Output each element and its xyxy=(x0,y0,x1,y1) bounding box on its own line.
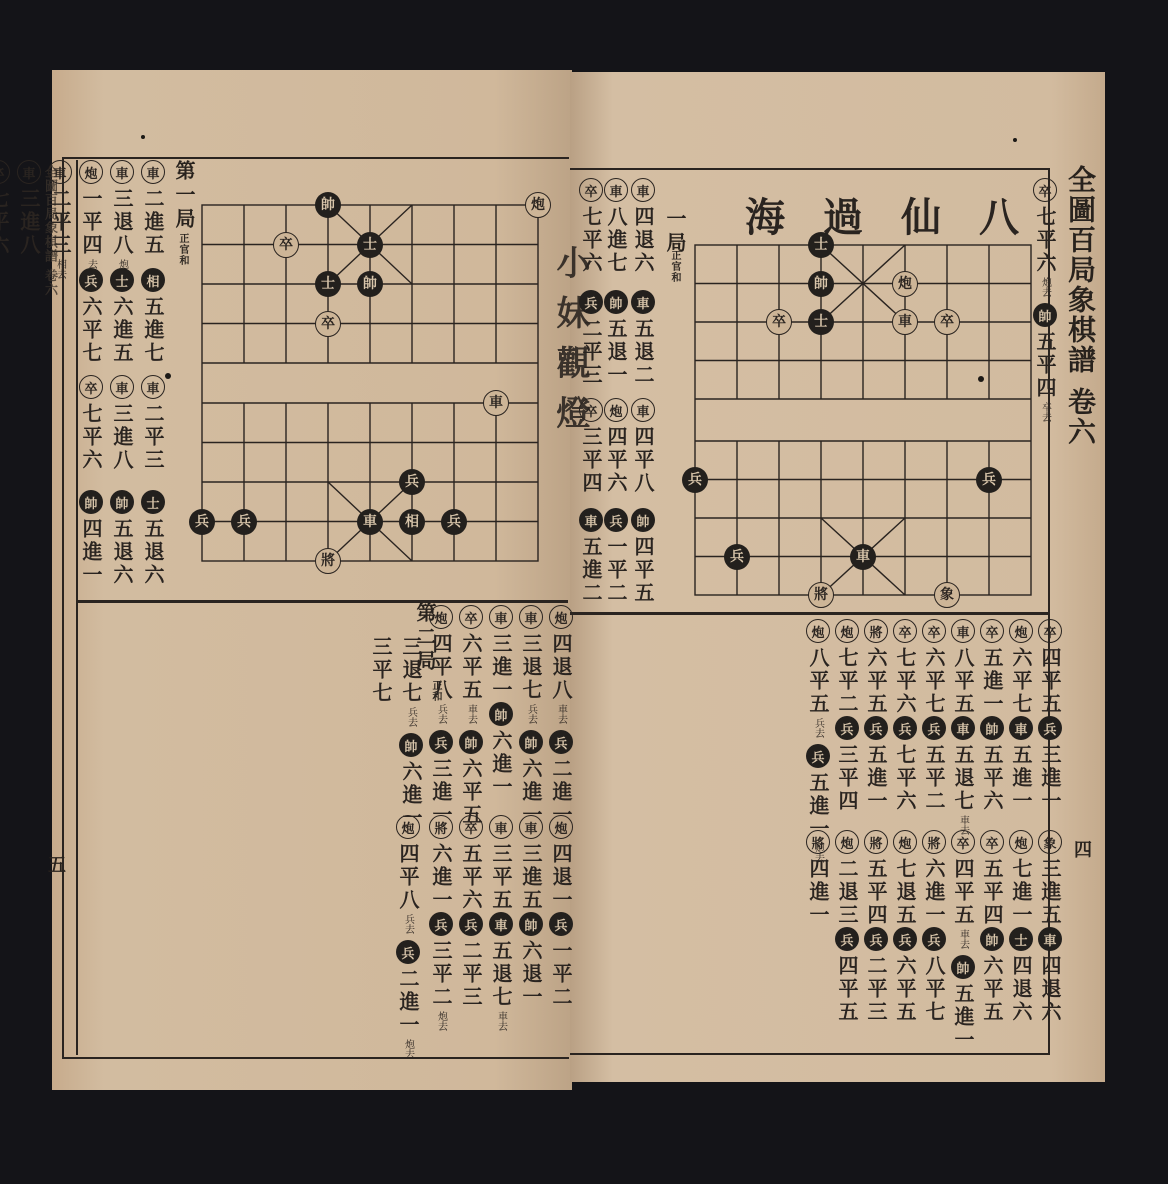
ink-dot xyxy=(1013,138,1017,142)
move-column: 車三進五帥六退一 xyxy=(518,815,544,1009)
move-text: 一平四 xyxy=(81,188,101,257)
move-column: 車三退八炮去 xyxy=(109,160,135,285)
move-text: 五進一 xyxy=(866,744,886,813)
move-note: 相去 xyxy=(53,259,68,283)
move-piece-icon: 帥 xyxy=(604,290,628,314)
move-column: 炮四平八兵去兵二進一炮去 xyxy=(395,815,421,1065)
move-piece-icon: 炮 xyxy=(549,815,573,839)
move-column: 將六進一兵三平二炮去 xyxy=(428,815,454,1037)
move-piece-icon: 兵 xyxy=(429,912,453,936)
move-piece-icon: 帥 xyxy=(980,716,1004,740)
move-text: 二進一 xyxy=(398,968,418,1037)
move-text: 六平五 xyxy=(461,633,481,702)
left-page-divider xyxy=(76,600,568,603)
move-piece-icon: 兵 xyxy=(864,927,888,951)
move-column: 炮四退一兵一平二 xyxy=(548,815,574,1009)
move-text: 三退七 xyxy=(521,633,541,702)
move-piece-icon: 炮 xyxy=(893,830,917,854)
move-column: 炮七退五兵六平五 xyxy=(892,830,918,1024)
chess-piece: 車 xyxy=(892,309,918,335)
xiangqi-board-right: 士帥炮卒士車卒兵兵兵車將象 xyxy=(695,245,1031,595)
move-note: 兵去 xyxy=(811,718,826,742)
move-piece-icon: 兵 xyxy=(79,268,103,292)
move-piece-icon: 兵 xyxy=(922,716,946,740)
move-piece-icon: 車 xyxy=(110,160,134,184)
chess-piece: 帥 xyxy=(808,271,834,297)
move-text: 四平八 xyxy=(398,843,418,912)
move-column: 卒四平五車去帥五進一 xyxy=(950,830,976,1052)
move-piece-icon: 炮 xyxy=(1009,619,1033,643)
move-column: 炮四平六 xyxy=(603,398,629,495)
move-piece-icon: 帥 xyxy=(79,490,103,514)
move-text: 七平六 xyxy=(895,647,915,716)
move-piece-icon: 卒 xyxy=(459,605,483,629)
move-piece-icon: 士 xyxy=(110,268,134,292)
chess-piece: 炮 xyxy=(525,192,551,218)
move-text: 五進七 xyxy=(143,296,163,365)
move-column: 三平七 xyxy=(368,632,394,705)
move-piece-icon: 兵 xyxy=(604,508,628,532)
move-column: 卒七平六 xyxy=(578,178,604,275)
move-text: 五平四 xyxy=(982,858,1002,927)
move-note: 兵去 xyxy=(524,704,539,728)
move-piece-icon: 將 xyxy=(864,619,888,643)
move-column: 炮一平四去 xyxy=(78,160,104,285)
chess-piece: 帥 xyxy=(357,271,383,297)
move-text: 三平四 xyxy=(837,744,857,813)
move-piece-icon: 兵 xyxy=(864,716,888,740)
right-page-divider xyxy=(570,612,1048,615)
move-piece-icon: 將 xyxy=(922,830,946,854)
move-column: 卒三平四 xyxy=(578,398,604,495)
move-text: 六平五 xyxy=(866,647,886,716)
move-piece-icon: 車 xyxy=(631,178,655,202)
move-column: 卒五進一帥五平六 xyxy=(979,619,1005,813)
move-piece-icon: 車 xyxy=(48,160,72,184)
move-column: 炮四平八兵去兵三進一 xyxy=(428,605,454,827)
move-column: 車二進五 xyxy=(140,160,166,257)
move-column: 帥四平五 xyxy=(630,508,656,605)
move-column: 卒四平五兵三進一 xyxy=(1037,619,1063,813)
move-column: 車四平八 xyxy=(630,398,656,495)
move-piece-icon: 車 xyxy=(519,815,543,839)
move-column: 卒五平六兵二平三 xyxy=(458,815,484,1009)
move-text: 四退六 xyxy=(1040,955,1060,1024)
move-text: 二平三 xyxy=(50,188,70,257)
move-text: 五平六 xyxy=(461,843,481,912)
chess-piece: 卒 xyxy=(315,311,341,337)
move-piece-icon: 兵 xyxy=(922,927,946,951)
move-column: 炮四退八車去兵二進一 xyxy=(548,605,574,827)
move-text: 五退六 xyxy=(112,518,132,587)
move-piece-icon: 車 xyxy=(631,290,655,314)
move-column: 車八進七 xyxy=(603,178,629,275)
chess-piece: 兵 xyxy=(189,509,215,535)
move-text: 四平八 xyxy=(633,426,653,495)
move-text: 七退五 xyxy=(895,858,915,927)
move-text: 六進一 xyxy=(491,730,511,799)
move-text: 五平四 xyxy=(866,858,886,927)
move-column: 車三進一帥六進一 xyxy=(488,605,514,799)
move-text: 六平七 xyxy=(924,647,944,716)
move-piece-icon: 卒 xyxy=(893,619,917,643)
move-note: 兵去 xyxy=(404,707,419,731)
move-column: 炮七平二兵三平四 xyxy=(834,619,860,813)
chess-piece: 兵 xyxy=(976,467,1002,493)
move-piece-icon: 炮 xyxy=(835,830,859,854)
move-column: 卒五平四帥六平五 xyxy=(979,830,1005,1024)
move-text: 二平三 xyxy=(461,940,481,1009)
move-piece-icon: 車 xyxy=(489,912,513,936)
move-text: 三退七 xyxy=(401,636,421,705)
board-grid-lines xyxy=(695,245,1031,595)
move-text: 三進五 xyxy=(521,843,541,912)
move-text: 四平五 xyxy=(837,955,857,1024)
move-column: 三退七兵去帥六進一 xyxy=(398,632,424,830)
move-text: 四退六 xyxy=(1011,955,1031,1024)
move-piece-icon: 兵 xyxy=(549,912,573,936)
move-column: 將六進一兵八平七 xyxy=(921,830,947,1024)
move-piece-icon: 車 xyxy=(489,815,513,839)
move-note: 車去 xyxy=(494,1011,509,1035)
move-text: 二進五 xyxy=(143,188,163,257)
left-page-number: 五 xyxy=(42,855,68,874)
move-piece-icon: 兵 xyxy=(893,716,917,740)
move-piece-icon: 炮 xyxy=(396,815,420,839)
move-piece-icon: 炮 xyxy=(79,160,103,184)
move-piece-icon: 兵 xyxy=(429,730,453,754)
chess-piece: 兵 xyxy=(682,467,708,493)
move-column: 帥四進一 xyxy=(78,490,104,587)
move-column: 帥五退一 xyxy=(603,290,629,387)
move-text: 六退一 xyxy=(521,940,541,1009)
move-piece-icon: 相 xyxy=(141,268,165,292)
move-text: 六平五 xyxy=(982,955,1002,1024)
move-text: 四平五 xyxy=(633,536,653,605)
move-text: 八平七 xyxy=(924,955,944,1024)
move-text: 五退七 xyxy=(953,744,973,813)
move-piece-icon: 車 xyxy=(1038,927,1062,951)
move-piece-icon: 炮 xyxy=(549,605,573,629)
move-text: 三進一 xyxy=(1040,744,1060,813)
move-piece-icon: 兵 xyxy=(579,290,603,314)
move-column: 車四退六 xyxy=(630,178,656,275)
move-text: 三平四 xyxy=(581,426,601,495)
chess-piece: 炮 xyxy=(892,271,918,297)
move-text: 三平五 xyxy=(491,843,511,912)
move-piece-icon: 帥 xyxy=(519,730,543,754)
move-column: 車三進八 xyxy=(16,160,42,257)
move-text: 六平七 xyxy=(1011,647,1031,716)
left-game1-result: 正官和 xyxy=(175,233,190,266)
move-note: 兵去 xyxy=(434,704,449,728)
move-piece-icon: 將 xyxy=(429,815,453,839)
move-column: 炮二退三兵四平五 xyxy=(834,830,860,1024)
move-note: 兵去 xyxy=(401,914,416,938)
chess-piece: 兵 xyxy=(441,509,467,535)
move-text: 七平六 xyxy=(81,403,101,472)
chess-piece: 卒 xyxy=(934,309,960,335)
move-text: 六平五 xyxy=(895,955,915,1024)
move-piece-icon: 兵 xyxy=(806,744,830,768)
move-text: 三進五 xyxy=(1040,858,1060,927)
chess-piece: 車 xyxy=(357,509,383,535)
move-piece-icon: 車 xyxy=(17,160,41,184)
move-piece-icon: 卒 xyxy=(951,830,975,854)
move-text: 五退七 xyxy=(491,940,511,1009)
chess-piece: 車 xyxy=(483,390,509,416)
move-piece-icon: 帥 xyxy=(951,955,975,979)
chess-piece: 士 xyxy=(808,309,834,335)
move-piece-icon: 卒 xyxy=(1038,619,1062,643)
move-text: 七平六 xyxy=(895,744,915,813)
move-piece-icon: 士 xyxy=(141,490,165,514)
move-piece-icon: 帥 xyxy=(489,702,513,726)
move-text: 四退八 xyxy=(551,633,571,702)
chess-piece: 卒 xyxy=(766,309,792,335)
move-note: 車去 xyxy=(464,704,479,728)
move-text: 五退一 xyxy=(606,318,626,387)
chess-piece: 士 xyxy=(357,232,383,258)
move-column: 士五退六 xyxy=(140,490,166,587)
move-text: 四退一 xyxy=(551,843,571,912)
move-text: 五進一 xyxy=(1011,744,1031,813)
move-text: 七平六 xyxy=(1035,206,1055,275)
move-text: 四平六 xyxy=(606,426,626,495)
move-text: 六進五 xyxy=(112,296,132,365)
chess-piece: 將 xyxy=(808,582,834,608)
move-piece-icon: 車 xyxy=(141,160,165,184)
chess-piece: 將 xyxy=(315,548,341,574)
move-piece-icon: 車 xyxy=(631,398,655,422)
move-text: 三平七 xyxy=(371,636,391,705)
move-text: 三進八 xyxy=(19,188,39,257)
move-text: 四退六 xyxy=(633,206,653,275)
move-piece-icon: 帥 xyxy=(519,912,543,936)
move-text: 五平二 xyxy=(924,744,944,813)
move-piece-icon: 車 xyxy=(519,605,543,629)
chess-piece: 車 xyxy=(850,544,876,570)
move-column: 車二平三相去 xyxy=(47,160,73,285)
move-text: 八平五 xyxy=(953,647,973,716)
move-piece-icon: 車 xyxy=(951,716,975,740)
move-text: 三平二 xyxy=(431,940,451,1009)
move-piece-icon: 帥 xyxy=(631,508,655,532)
move-piece-icon: 帥 xyxy=(980,927,1004,951)
move-column: 將六平五兵五進一 xyxy=(863,619,889,813)
move-column: 卒七平六炮去帥五平四卒去 xyxy=(1032,178,1058,428)
move-text: 二退三 xyxy=(837,858,857,927)
move-text: 七平二 xyxy=(837,647,857,716)
move-piece-icon: 帥 xyxy=(459,730,483,754)
move-text: 二平三 xyxy=(581,318,601,387)
move-text: 六進一 xyxy=(431,843,451,912)
move-piece-icon: 士 xyxy=(1009,927,1033,951)
move-piece-icon: 卒 xyxy=(79,375,103,399)
move-piece-icon: 炮 xyxy=(1009,830,1033,854)
move-column: 車三平五車五退七車去 xyxy=(488,815,514,1037)
move-note: 車去 xyxy=(956,929,971,953)
board-title: 八仙過海 xyxy=(745,186,1057,243)
move-text: 八進七 xyxy=(606,206,626,275)
move-piece-icon: 車 xyxy=(489,605,513,629)
move-column: 卒七平六 xyxy=(0,160,11,257)
move-text: 五平四 xyxy=(1035,331,1055,400)
move-column: 帥五退六 xyxy=(109,490,135,587)
chess-piece: 卒 xyxy=(273,232,299,258)
move-text: 二平三 xyxy=(866,955,886,1024)
chess-piece: 士 xyxy=(315,271,341,297)
move-column: 象三進五車四退六 xyxy=(1037,830,1063,1024)
move-piece-icon: 將 xyxy=(806,830,830,854)
move-column: 卒六平五車去帥六平五 xyxy=(458,605,484,827)
chess-piece: 象 xyxy=(934,582,960,608)
move-column: 兵六平七 xyxy=(78,268,104,365)
move-column: 車三退七兵去帥六進一 xyxy=(518,605,544,827)
move-note: 車去 xyxy=(554,704,569,728)
move-text: 六平七 xyxy=(81,296,101,365)
board-grid-lines xyxy=(202,205,538,561)
chess-piece: 兵 xyxy=(399,469,425,495)
move-piece-icon: 卒 xyxy=(579,398,603,422)
move-text: 三進一 xyxy=(491,633,511,702)
move-note: 炮去 xyxy=(1038,277,1053,301)
chess-piece: 士 xyxy=(808,232,834,258)
move-piece-icon: 卒 xyxy=(980,619,1004,643)
move-column: 士六進五 xyxy=(109,268,135,365)
move-piece-icon: 車 xyxy=(110,375,134,399)
move-note: 卒去 xyxy=(1038,402,1053,426)
move-text: 四平五 xyxy=(953,858,973,927)
move-column: 車三進八 xyxy=(109,375,135,472)
move-piece-icon: 車 xyxy=(141,375,165,399)
move-column: 車二平三 xyxy=(140,375,166,472)
move-piece-icon: 帥 xyxy=(399,733,423,757)
move-piece-icon: 兵 xyxy=(396,940,420,964)
move-piece-icon: 卒 xyxy=(922,619,946,643)
move-column: 兵一平二 xyxy=(603,508,629,605)
move-note: 炮去 xyxy=(434,1011,449,1035)
chess-piece: 相 xyxy=(399,509,425,535)
move-text: 七平六 xyxy=(581,206,601,275)
move-piece-icon: 炮 xyxy=(429,605,453,629)
move-text: 六進一 xyxy=(924,858,944,927)
move-column: 將四進一 xyxy=(805,830,831,927)
move-piece-icon: 車 xyxy=(604,178,628,202)
move-piece-icon: 兵 xyxy=(835,716,859,740)
move-text: 一平二 xyxy=(606,536,626,605)
move-column: 卒七平六 xyxy=(78,375,104,472)
move-column: 炮七進一士四退六 xyxy=(1008,830,1034,1024)
chess-piece: 帥 xyxy=(315,192,341,218)
move-piece-icon: 兵 xyxy=(1038,716,1062,740)
right-spine-title: 全圖百局象棋譜 卷六 xyxy=(1060,165,1100,447)
move-text: 一平二 xyxy=(551,940,571,1009)
move-piece-icon: 車 xyxy=(579,508,603,532)
right-page-number: 四 xyxy=(1068,840,1094,859)
move-text: 四平八 xyxy=(431,633,451,702)
move-piece-icon: 卒 xyxy=(1033,178,1057,202)
move-text: 五退二 xyxy=(633,318,653,387)
move-text: 五進一 xyxy=(953,983,973,1052)
move-text: 五平六 xyxy=(982,744,1002,813)
move-piece-icon: 卒 xyxy=(579,178,603,202)
move-piece-icon: 兵 xyxy=(549,730,573,754)
move-column: 車五進二 xyxy=(578,508,604,605)
move-text: 三進八 xyxy=(112,403,132,472)
move-piece-icon: 炮 xyxy=(835,619,859,643)
move-column: 兵二平三 xyxy=(578,290,604,387)
move-piece-icon: 兵 xyxy=(893,927,917,951)
move-column: 卒七平六兵七平六 xyxy=(892,619,918,813)
move-piece-icon: 象 xyxy=(1038,830,1062,854)
move-piece-icon: 卒 xyxy=(0,160,10,184)
move-text: 八平五 xyxy=(808,647,828,716)
move-text: 四進一 xyxy=(808,858,828,927)
move-text: 五進二 xyxy=(581,536,601,605)
move-piece-icon: 卒 xyxy=(980,830,1004,854)
right-game1-result: 正官和 xyxy=(667,250,682,283)
move-piece-icon: 帥 xyxy=(1033,303,1057,327)
move-column: 相五進七 xyxy=(140,268,166,365)
move-text: 七平六 xyxy=(0,188,8,257)
move-column: 卒六平七兵五平二 xyxy=(921,619,947,813)
move-text: 四進一 xyxy=(81,518,101,587)
move-text: 七進一 xyxy=(1011,858,1031,927)
move-text: 三退八 xyxy=(112,188,132,257)
move-piece-icon: 兵 xyxy=(835,927,859,951)
ink-dot xyxy=(141,135,145,139)
move-text: 二平三 xyxy=(143,403,163,472)
move-column: 炮六平七車五進一 xyxy=(1008,619,1034,813)
xiangqi-board-left: 帥士卒士帥卒炮車兵兵兵車相兵將 xyxy=(202,205,538,561)
move-text: 四平五 xyxy=(1040,647,1060,716)
move-piece-icon: 帥 xyxy=(110,490,134,514)
right-game1-label: 一局 xyxy=(661,208,690,256)
move-piece-icon: 兵 xyxy=(459,912,483,936)
move-piece-icon: 卒 xyxy=(459,815,483,839)
move-column: 車五退二 xyxy=(630,290,656,387)
move-piece-icon: 炮 xyxy=(604,398,628,422)
move-piece-icon: 炮 xyxy=(806,619,830,643)
chess-piece: 兵 xyxy=(231,509,257,535)
left-game1-label: 第一局 xyxy=(170,160,199,232)
move-column: 將五平四兵二平三 xyxy=(863,830,889,1024)
move-column: 車八平五車五退七車去 xyxy=(950,619,976,841)
move-text: 五進一 xyxy=(982,647,1002,716)
move-text: 五退六 xyxy=(143,518,163,587)
move-piece-icon: 車 xyxy=(1009,716,1033,740)
move-note: 炮去 xyxy=(401,1039,416,1063)
chess-piece: 兵 xyxy=(724,544,750,570)
move-piece-icon: 車 xyxy=(951,619,975,643)
move-piece-icon: 將 xyxy=(864,830,888,854)
